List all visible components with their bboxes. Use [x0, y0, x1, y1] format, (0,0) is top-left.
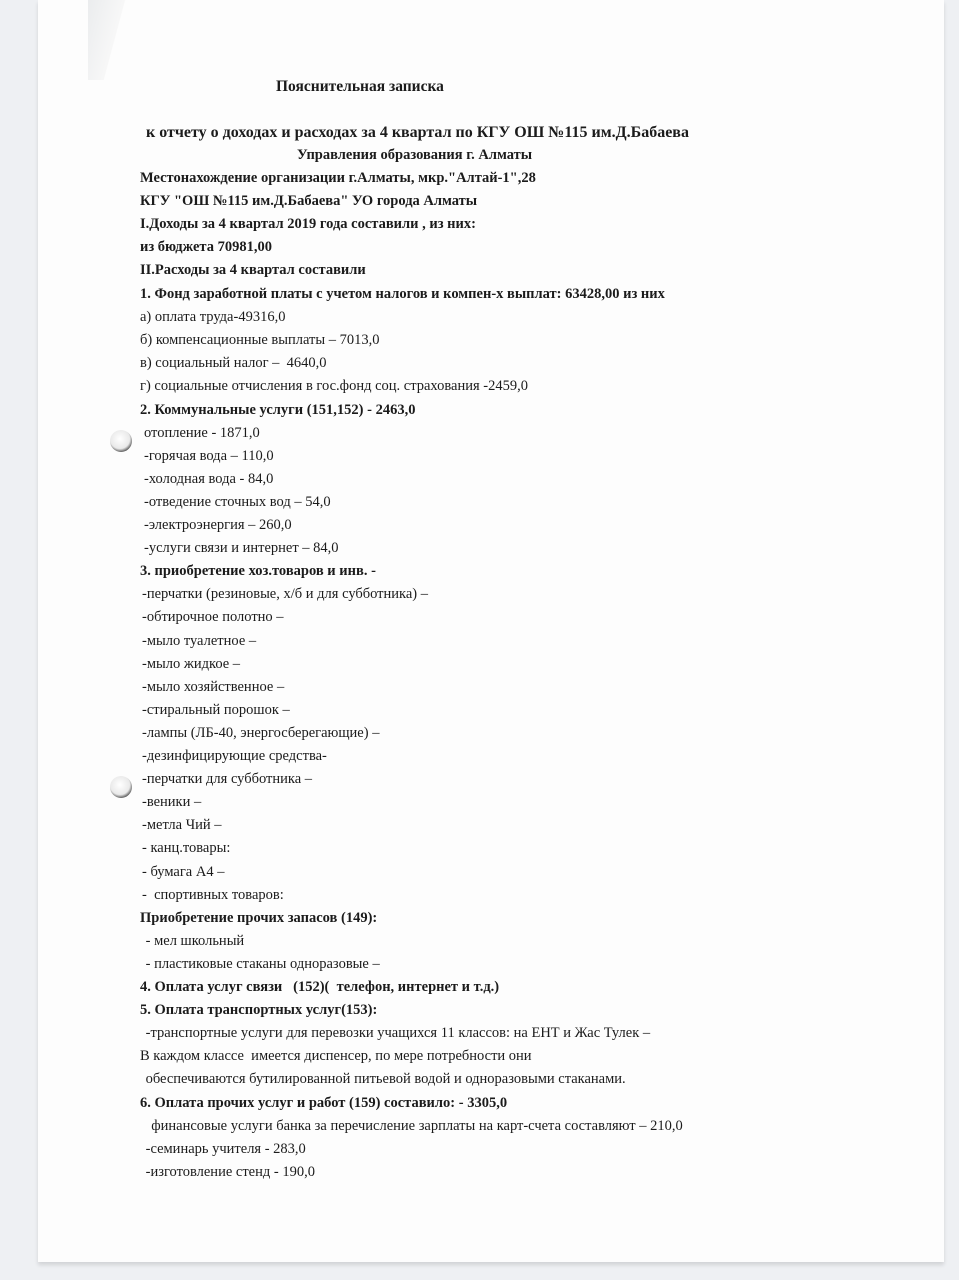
document-line: обеспечиваются бутилированной питьевой в…: [142, 1070, 626, 1088]
document-line: -электроэнергия – 260,0: [144, 516, 292, 534]
organization: КГУ "ОШ №115 им.Д.Бабаева" УО города Алм…: [140, 192, 477, 210]
document-line: г) социальные отчисления в гос.фонд соц.…: [140, 377, 528, 395]
document-line: - бумага А4 –: [142, 863, 224, 881]
location: Местонахождение организации г.Алматы, мк…: [140, 169, 536, 187]
document-line: 4. Оплата услуг связи (152)( телефон, ин…: [140, 978, 499, 996]
document-line: -услуги связи и интернет – 84,0: [144, 539, 339, 557]
document-line: -холодная вода - 84,0: [144, 470, 273, 488]
document-line: -горячая вода – 110,0: [144, 447, 274, 465]
scanned-document-page: Пояснительная записка к отчету о доходах…: [38, 0, 944, 1262]
document-line: б) компенсационные выплаты – 7013,0: [140, 331, 379, 349]
document-line: - мел школьный: [142, 932, 244, 950]
document-line: -обтирочное полотно –: [142, 608, 284, 626]
document-line: -дезинфицирующие средства-: [142, 747, 327, 765]
document-line: -мыло хозяйственное –: [142, 678, 284, 696]
document-title: Пояснительная записка: [276, 78, 444, 96]
document-line: -веники –: [142, 793, 201, 811]
document-line: -семинарь учителя - 283,0: [142, 1140, 306, 1158]
document-line: 2. Коммунальные услуги (151,152) - 2463,…: [140, 401, 415, 419]
document-line: -лампы (ЛБ-40, энергосберегающие) –: [142, 724, 379, 742]
document-line: -перчатки для субботника –: [142, 770, 312, 788]
document-line: 1. Фонд заработной платы с учетом налого…: [140, 285, 665, 303]
document-line: Приобретение прочих запасов (149):: [140, 909, 377, 927]
document-line: В каждом классе имеется диспенсер, по ме…: [140, 1047, 532, 1065]
document-line: в) социальный налог – 4640,0: [140, 354, 327, 372]
document-subtitle: к отчету о доходах и расходах за 4 кварт…: [146, 124, 689, 142]
document-line: отопление - 1871,0: [144, 424, 260, 442]
document-line: -перчатки (резиновые, х/б и для субботни…: [142, 585, 428, 603]
document-line: а) оплата труда-49316,0: [140, 308, 285, 326]
page-fold-shadow: [88, 0, 128, 80]
hole-punch-mark: [110, 776, 132, 798]
document-line: - канц.товары:: [142, 839, 230, 857]
income-heading: I.Доходы за 4 квартал 2019 года составил…: [140, 215, 476, 233]
department: Управления образования г. Алматы: [297, 146, 532, 164]
document-line: - пластиковые стаканы одноразовые –: [142, 955, 380, 973]
document-line: -метла Чий –: [142, 816, 222, 834]
document-line: 3. приобретение хоз.товаров и инв. -: [140, 562, 376, 580]
document-line: -стиральный порошок –: [142, 701, 290, 719]
income-budget: из бюджета 70981,00: [140, 238, 272, 256]
document-line: 6. Оплата прочих услуг и работ (159) сос…: [140, 1094, 507, 1112]
document-line: -изготовление стенд - 190,0: [142, 1163, 315, 1181]
document-line: 5. Оплата транспортных услуг(153):: [140, 1001, 377, 1019]
hole-punch-mark: [110, 430, 132, 452]
document-line: -мыло жидкое –: [142, 655, 240, 673]
document-line: -транспортные услуги для перевозки учащи…: [142, 1024, 650, 1042]
document-line: финансовые услуги банка за перечисление …: [144, 1117, 683, 1135]
document-line: -мыло туалетное –: [142, 632, 256, 650]
document-line: - спортивных товаров:: [142, 886, 284, 904]
document-line: -отведение сточных вод – 54,0: [144, 493, 331, 511]
expenses-heading: II.Расходы за 4 квартал составили: [140, 261, 366, 279]
